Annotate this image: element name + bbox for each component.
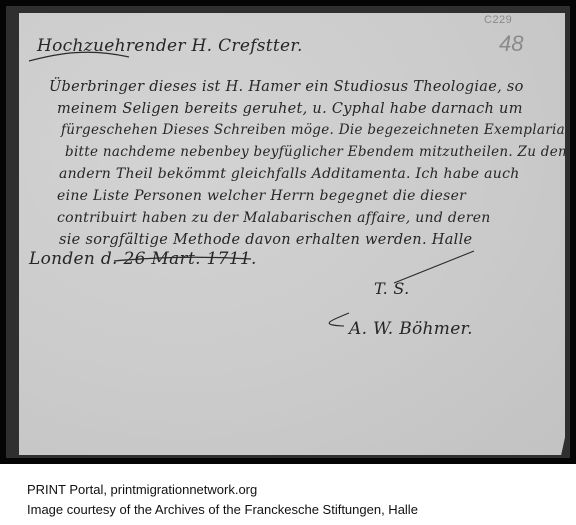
letter-paper: C229 48 Hochzuehrender H. Crefstter. Übe… bbox=[19, 13, 565, 455]
scan-frame: C229 48 Hochzuehrender H. Crefstter. Übe… bbox=[0, 0, 576, 464]
ink-flourishes bbox=[19, 13, 565, 455]
caption-courtesy: Image courtesy of the Archives of the Fr… bbox=[27, 502, 418, 518]
caption-portal: PRINT Portal, printmigrationnetwork.org bbox=[27, 482, 257, 498]
